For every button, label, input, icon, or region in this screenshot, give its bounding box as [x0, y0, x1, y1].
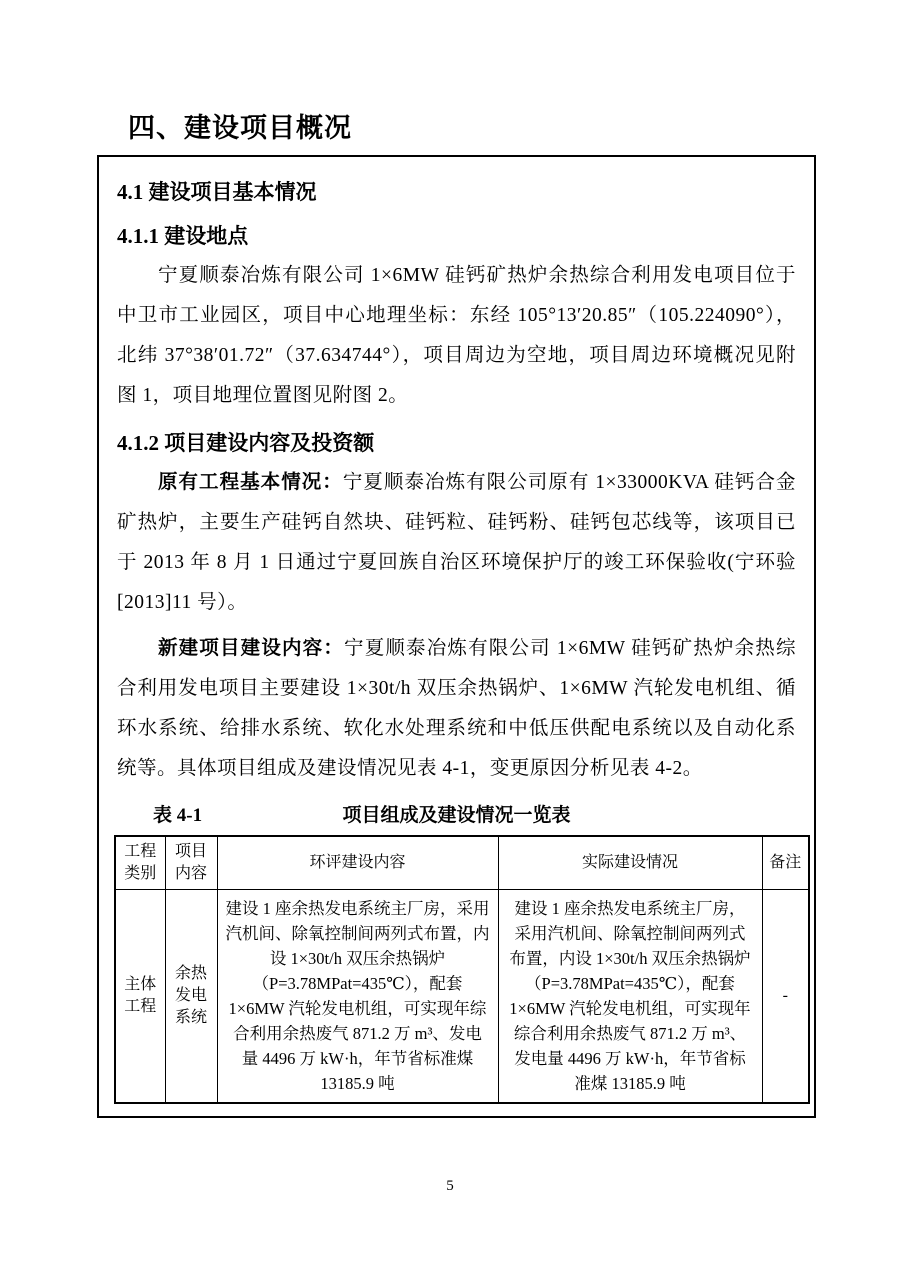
cell-eia-content: 建设 1 座余热发电系统主厂房，采用汽机间、除氧控制间两列式布置，内设 1×30… — [217, 890, 498, 1104]
header-actual-content: 实际建设情况 — [498, 836, 762, 890]
table-header-row: 工程类别 项目内容 环评建设内容 实际建设情况 备注 — [115, 836, 809, 890]
table-caption-title: 项目组成及建设情况一览表 — [342, 805, 570, 826]
chapter-title: 四、建设项目概况 — [0, 0, 900, 146]
project-composition-table: 工程类别 项目内容 环评建设内容 实际建设情况 备注 主体工程 余热发电系统 建… — [114, 835, 810, 1104]
header-remark: 备注 — [762, 836, 809, 890]
document-page: 四、建设项目概况 4.1 建设项目基本情况 4.1.1 建设地点 宁夏顺泰冶炼有… — [0, 0, 900, 1273]
cell-project-category: 主体工程 — [115, 890, 165, 1104]
page-number: 5 — [0, 1178, 900, 1195]
paragraph-new-project-text: 宁夏顺泰冶炼有限公司 1×6MW 硅钙矿热炉余热综合利用发电项目主要建设 1×3… — [117, 638, 796, 779]
cell-actual-content: 建设 1 座余热发电系统主厂房，采用汽机间、除氧控制间两列式布置，内设 1×30… — [498, 890, 762, 1104]
section-4-1-heading: 4.1 建设项目基本情况 — [117, 175, 796, 209]
cell-remark: - — [762, 890, 809, 1104]
content-box: 4.1 建设项目基本情况 4.1.1 建设地点 宁夏顺泰冶炼有限公司 1×6MW… — [97, 155, 816, 1118]
paragraph-original-project: 原有工程基本情况：宁夏顺泰冶炼有限公司原有 1×33000KVA 硅钙合金矿热炉… — [117, 463, 796, 623]
table-row: 主体工程 余热发电系统 建设 1 座余热发电系统主厂房，采用汽机间、除氧控制间两… — [115, 890, 809, 1104]
paragraph-new-project: 新建项目建设内容：宁夏顺泰冶炼有限公司 1×6MW 硅钙矿热炉余热综合利用发电项… — [117, 629, 796, 789]
paragraph-original-project-label: 原有工程基本情况： — [158, 472, 343, 493]
paragraph-location: 宁夏顺泰冶炼有限公司 1×6MW 硅钙矿热炉余热综合利用发电项目位于中卫市工业园… — [117, 256, 796, 416]
header-project-category: 工程类别 — [115, 836, 165, 890]
paragraph-new-project-label: 新建项目建设内容： — [158, 638, 344, 659]
table-caption-number: 表 4-1 — [153, 801, 202, 831]
section-4-1-2-heading: 4.1.2 项目建设内容及投资额 — [117, 426, 796, 460]
table-caption: 表 4-1 项目组成及建设情况一览表 — [117, 801, 796, 831]
cell-project-item: 余热发电系统 — [165, 890, 217, 1104]
header-eia-content: 环评建设内容 — [217, 836, 498, 890]
paragraph-original-project-text: 宁夏顺泰冶炼有限公司原有 1×33000KVA 硅钙合金矿热炉，主要生产硅钙自然… — [117, 472, 796, 613]
paragraph-location-text: 宁夏顺泰冶炼有限公司 1×6MW 硅钙矿热炉余热综合利用发电项目位于中卫市工业园… — [117, 265, 796, 406]
header-project-item: 项目内容 — [165, 836, 217, 890]
section-4-1-1-heading: 4.1.1 建设地点 — [117, 219, 796, 253]
